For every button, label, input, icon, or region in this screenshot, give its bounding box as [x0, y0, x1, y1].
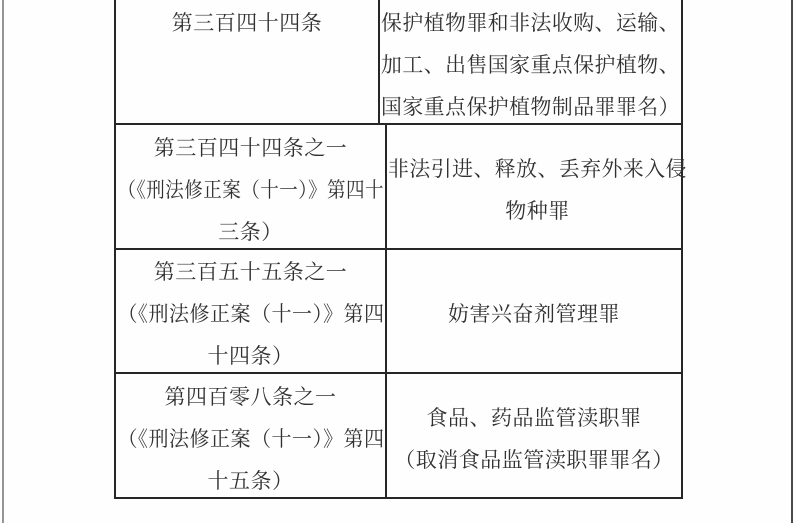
article-text: 第三百五十五条之一 [154, 251, 348, 293]
document-page: 第三百四十四条 保护植物罪和非法收购、运输、 加工、出售国家重点保护植物、 国家… [0, 0, 796, 523]
page-right-edge-line [791, 0, 793, 523]
crime-text: 保护植物罪和非法收购、运输、 [381, 2, 680, 44]
crime-text: （取消食品监管渎职罪罪名） [394, 439, 674, 481]
crime-cell: 保护植物罪和非法收购、运输、 加工、出售国家重点保护植物、 国家重点保护植物制品… [380, 0, 681, 123]
crime-cell: 妨害兴奋剂管理罪 [387, 250, 681, 372]
crime-text: 物种罪 [505, 190, 570, 232]
crime-text: 加工、出售国家重点保护植物、 [381, 44, 680, 86]
crime-cell: 食品、药品监管渎职罪 （取消食品监管渎职罪罪名） [387, 374, 681, 497]
article-text: （《刑法修正案（十一）》第四 [117, 293, 384, 335]
table-row: 第四百零八条之一 （《刑法修正案（十一）》第四 十五条） 食品、药品监管渎职罪 … [116, 374, 681, 497]
article-text: 三条） [218, 211, 283, 253]
article-text: 第三百四十四条之一 [154, 127, 348, 169]
article-text: 十四条） [208, 335, 294, 377]
article-text: （《刑法修正案（十一）》第四十 [117, 169, 384, 211]
crime-text: 妨害兴奋剂管理罪 [448, 293, 620, 335]
page-left-edge-line [2, 0, 4, 523]
article-text: 第三百四十四条 [172, 2, 323, 44]
article-text: （《刑法修正案（十一）》第四 [117, 418, 384, 460]
crime-cell: 非法引进、释放、丢弃外来入侵 物种罪 [387, 125, 688, 248]
article-cell: 第三百五十五条之一 （《刑法修正案（十一）》第四 十四条） [116, 250, 387, 372]
law-articles-table: 第三百四十四条 保护植物罪和非法收购、运输、 加工、出售国家重点保护植物、 国家… [114, 0, 683, 499]
table-row: 第三百五十五条之一 （《刑法修正案（十一）》第四 十四条） 妨害兴奋剂管理罪 [116, 250, 681, 374]
article-cell: 第三百四十四条 [116, 0, 380, 123]
table-row: 第三百四十四条之一 （《刑法修正案（十一）》第四十 三条） 非法引进、释放、丢弃… [116, 125, 681, 250]
crime-text: 非法引进、释放、丢弃外来入侵 [388, 148, 687, 190]
article-cell: 第四百零八条之一 （《刑法修正案（十一）》第四 十五条） [116, 374, 387, 497]
crime-text: 国家重点保护植物制品罪罪名） [381, 86, 680, 128]
table-row: 第三百四十四条 保护植物罪和非法收购、运输、 加工、出售国家重点保护植物、 国家… [116, 0, 681, 125]
article-text: 第四百零八条之一 [165, 376, 337, 418]
article-text: 十五条） [208, 460, 294, 502]
article-cell: 第三百四十四条之一 （《刑法修正案（十一）》第四十 三条） [116, 125, 387, 248]
crime-text: 食品、药品监管渎职罪 [427, 397, 642, 439]
